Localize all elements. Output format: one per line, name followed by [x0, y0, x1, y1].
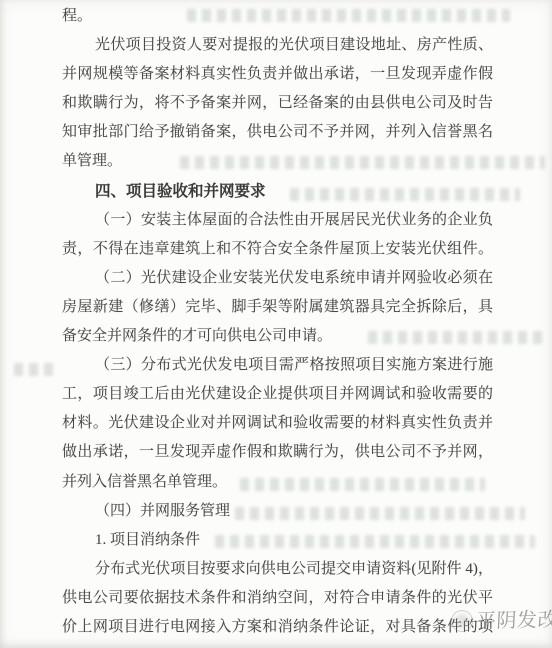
list-item-heading: 1. 项目消纳条件 — [62, 526, 493, 555]
section-heading: 四、项目验收和并网要求 — [62, 177, 493, 206]
text-line: 做出承诺，一旦发现弄虚作假和欺瞒行为，供电公司不予并网， — [62, 438, 493, 467]
text-line: 知审批部门给予撤销备案，供电公司不予并网，并列入信誉黑名 — [62, 118, 493, 147]
text-line: 单管理。 — [62, 147, 493, 176]
text-line: 供电公司要依据技术条件和消纳空间，对符合申请条件的光伏平 — [62, 584, 493, 613]
text-line: （一）安装主体屋面的合法性由开展居民光伏业务的企业负 — [62, 206, 493, 235]
text-line: 程。 — [62, 2, 493, 31]
text-line: 和欺瞒行为，将不予备案并网，已经备案的由县供电公司及时告 — [62, 89, 493, 118]
scanned-document-page: 程。 光伏项目投资人要对提报的光伏项目建设地址、房产性质、 并网规模等备案材料真… — [0, 0, 552, 648]
text-line: 光伏项目投资人要对提报的光伏项目建设地址、房产性质、 — [62, 31, 493, 60]
text-line: 价上网项目进行电网接入方案和消纳条件论证，对具备条件的项 — [62, 613, 493, 642]
text-line: （三）分布式光伏发电项目需严格按照项目实施方案进行施 — [62, 351, 493, 380]
text-line: 房屋新建（修缮）完毕、脚手架等附属建筑器具完全拆除后，具 — [62, 293, 493, 322]
text-line: 备安全并网条件的才可向供电公司申请。 — [62, 322, 493, 351]
text-line: 工，项目竣工后由光伏建设企业提供项目并网调试和验收需要的 — [62, 380, 493, 409]
text-line: 并网规模等备案材料真实性负责并做出承诺，一旦发现弄虚作假 — [62, 60, 493, 89]
bleedthrough-artifact — [14, 363, 59, 376]
text-line: 材料。光伏建设企业对并网调试和验收需要的材料真实性负责并 — [62, 409, 493, 438]
watermark-text: 平阴发改 — [475, 610, 552, 631]
text-line: 分布式光伏项目按要求向供电公司提交申请资料(见附件 4)， — [62, 555, 493, 584]
text-line: 并列入信誉黑名单管理。 — [62, 468, 493, 497]
watermark-seal-icon — [451, 610, 473, 632]
text-line: 责，不得在违章建筑上和不符合安全条件屋顶上安装光伏组件。 — [62, 235, 493, 264]
subsection-heading: （四）并网服务管理 — [62, 497, 493, 526]
text-line: （二）光伏建设企业安装光伏发电系统申请并网验收必须在 — [62, 264, 493, 293]
watermark: 平阴发改 — [451, 610, 552, 632]
document-body: 程。 光伏项目投资人要对提报的光伏项目建设地址、房产性质、 并网规模等备案材料真… — [62, 2, 493, 642]
